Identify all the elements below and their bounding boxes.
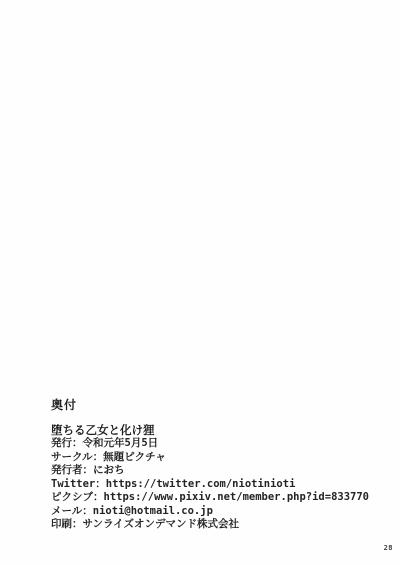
colophon-heading: 奥付: [51, 398, 369, 412]
book-title: 堕ちる乙女と化け狸: [51, 423, 369, 437]
twitter-line: Twitter：https://twitter.com/niotinioti: [51, 478, 369, 492]
scanned-page: 奥付 堕ちる乙女と化け狸 発行：令和元年5月5日 サークル：無題ピクチャ 発行者…: [0, 0, 400, 565]
email-line: メール：nioti@hotmail.co.jp: [51, 505, 369, 519]
publication-date-line: 発行：令和元年5月5日: [51, 437, 369, 451]
colophon-block: 奥付 堕ちる乙女と化け狸 発行：令和元年5月5日 サークル：無題ピクチャ 発行者…: [51, 398, 369, 532]
publisher-line: 発行者：におち: [51, 464, 369, 478]
printer-line: 印刷：サンライズオンデマンド株式会社: [51, 518, 369, 532]
circle-line: サークル：無題ピクチャ: [51, 451, 369, 465]
page-number: 28: [384, 544, 393, 552]
pixiv-line: ピクシブ：https://www.pixiv.net/member.php?id…: [51, 491, 369, 505]
